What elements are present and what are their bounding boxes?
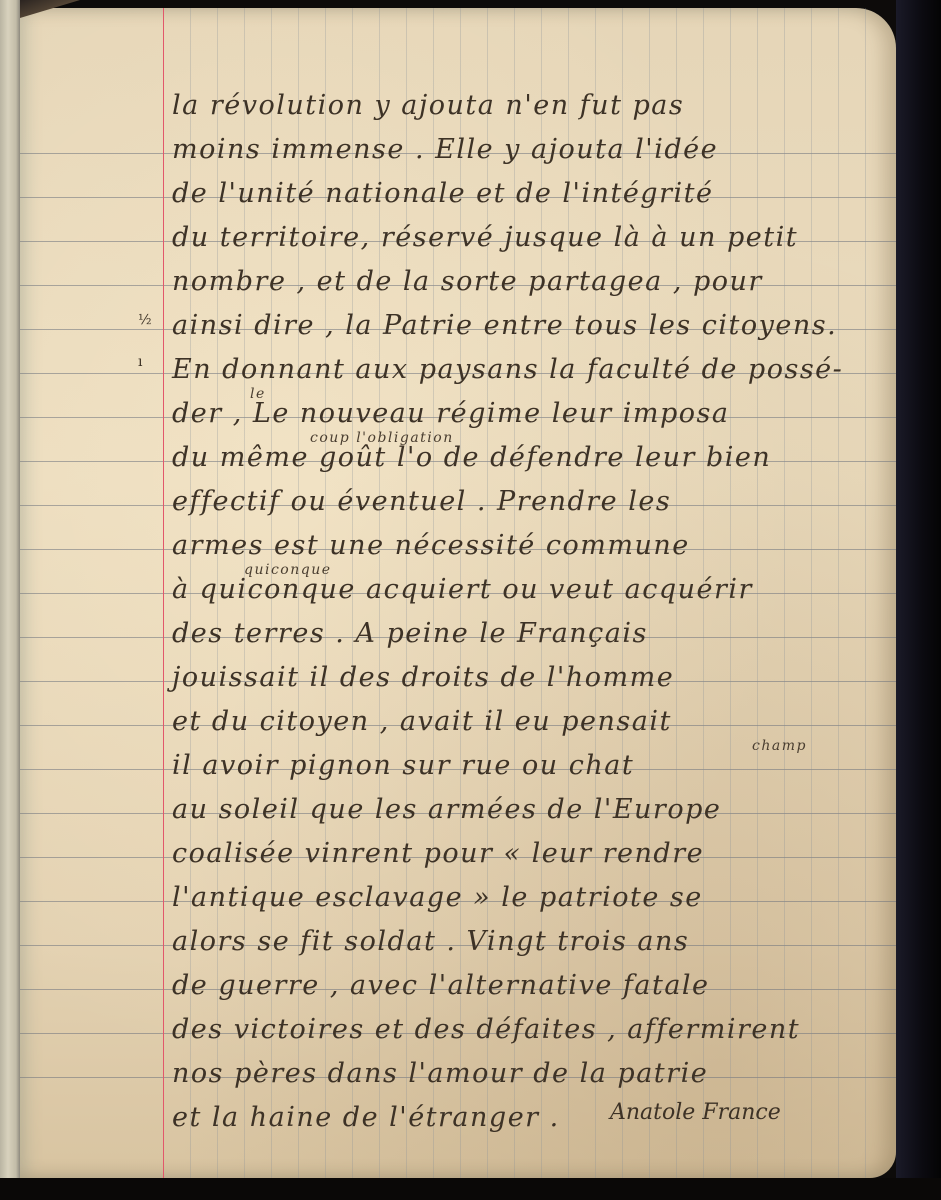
text-line: effectif ou éventuel . Prendre les [172, 480, 892, 524]
interlinear-correction: quiconque [244, 548, 332, 592]
interlinear-correction: le [250, 372, 266, 416]
interlinear-correction: champ [752, 724, 807, 768]
margin-note-fraction: ½ [138, 312, 152, 328]
text-line: En donnant aux paysans la faculté de pos… [172, 348, 892, 392]
text-line: champ il avoir pignon sur rue ou chat [172, 744, 892, 788]
text-line: au soleil que les armées de l'Europe [172, 788, 892, 832]
text-line: ainsi dire , la Patrie entre tous les ci… [172, 304, 892, 348]
red-margin-line [163, 8, 164, 1178]
text-line: quiconque à quiconque acquiert ou veut a… [172, 568, 892, 612]
author-signature: Anatole France [610, 1100, 781, 1125]
text-line: coalisée vinrent pour « leur rendre [172, 832, 892, 876]
text-line: et la haine de l'étranger . [172, 1096, 892, 1140]
notebook-page: ½ ı la révolution y ajouta n'en fut pas … [20, 8, 896, 1178]
text-line: de guerre , avec l'alternative fatale [172, 964, 892, 1008]
text-line: la révolution y ajouta n'en fut pas [172, 84, 892, 128]
text-line: du territoire, réservé jusque là à un pe… [172, 216, 892, 260]
previous-page-edge [0, 0, 20, 1180]
text-line: des victoires et des défaites , affermir… [172, 1008, 892, 1052]
interlinear-correction: coup l'obligation [310, 416, 454, 460]
text-line: nombre , et de la sorte partagea , pour [172, 260, 892, 304]
text-line: le der , Le nouveau régime leur imposa [172, 392, 892, 436]
margin-note-mark: ı [138, 354, 142, 370]
text-line: moins immense . Elle y ajouta l'idée [172, 128, 892, 172]
text-line: coup l'obligation du même goût l'o de dé… [172, 436, 892, 480]
text-line: l'antique esclavage » le patriote se [172, 876, 892, 920]
text-line: alors se fit soldat . Vingt trois ans [172, 920, 892, 964]
right-background-shadow [896, 0, 941, 1200]
text-line: jouissait il des droits de l'homme [172, 656, 892, 700]
bottom-background-shadow [0, 1178, 941, 1200]
text-line: des terres . A peine le Français [172, 612, 892, 656]
text-line: nos pères dans l'amour de la patrie [172, 1052, 892, 1096]
handwritten-text: la révolution y ajouta n'en fut pas moin… [172, 84, 892, 1140]
text-line: de l'unité nationale et de l'intégrité [172, 172, 892, 216]
